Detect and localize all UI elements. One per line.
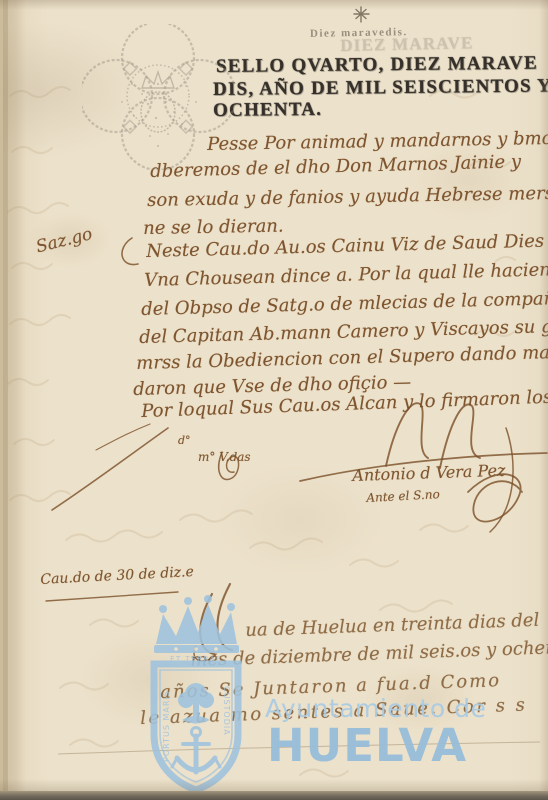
- body-line: Vna Chousean dince a. Por la qual lle ha…: [144, 259, 548, 291]
- tax-stamp-line-1: SELLO QVARTO, DIEZ MARAVE: [216, 53, 538, 78]
- signature-small-note: m° V.das: [198, 450, 251, 464]
- body-line: del Obpso de Satg.o de mlecias de la com…: [141, 288, 548, 320]
- paper-crease-line: [58, 742, 540, 754]
- page-bottom-edge: [0, 791, 548, 800]
- margin-note-sazgo: Saz.go: [34, 224, 94, 257]
- margin-note-cabildo-date: Cau.do de 30 de diz.e: [40, 564, 194, 588]
- page-binding-edge: [0, 0, 26, 800]
- signature-small-note: d°: [178, 434, 191, 447]
- page-right-edge: [539, 0, 548, 800]
- body-line: mrss la Obediencion con el Supero dando …: [136, 342, 548, 374]
- tax-stamp-line-2: DIS, AÑO DE MIL SEISCIENTOS Y: [213, 75, 548, 101]
- royal-quatrefoil-paper-seal-icon: [82, 24, 234, 170]
- body-line: son exuda y de fanios y ayuda Hebrese me…: [147, 183, 548, 211]
- signature-subscript: Ante el S.no: [366, 487, 440, 505]
- body-line: ne se lo dieran.: [143, 216, 284, 239]
- closing-line: mes de diziembre de mil seis.os y ochent: [190, 637, 548, 671]
- body-line: Pesse Por animad y mandarnos y bmo de Ca: [207, 127, 548, 155]
- signature-name: Antonio d Vera Pez: [352, 461, 506, 485]
- closing-line: ua de Huelua en treinta dias del: [245, 610, 540, 641]
- page-bottom-fold: [0, 779, 548, 791]
- watermark-city-name: HUELVA: [267, 719, 467, 772]
- page-top-edge: [0, 0, 548, 10]
- manuscript-page: Diez maravedis. DIEZ MARAVE SELLO QVARTO…: [0, 0, 548, 800]
